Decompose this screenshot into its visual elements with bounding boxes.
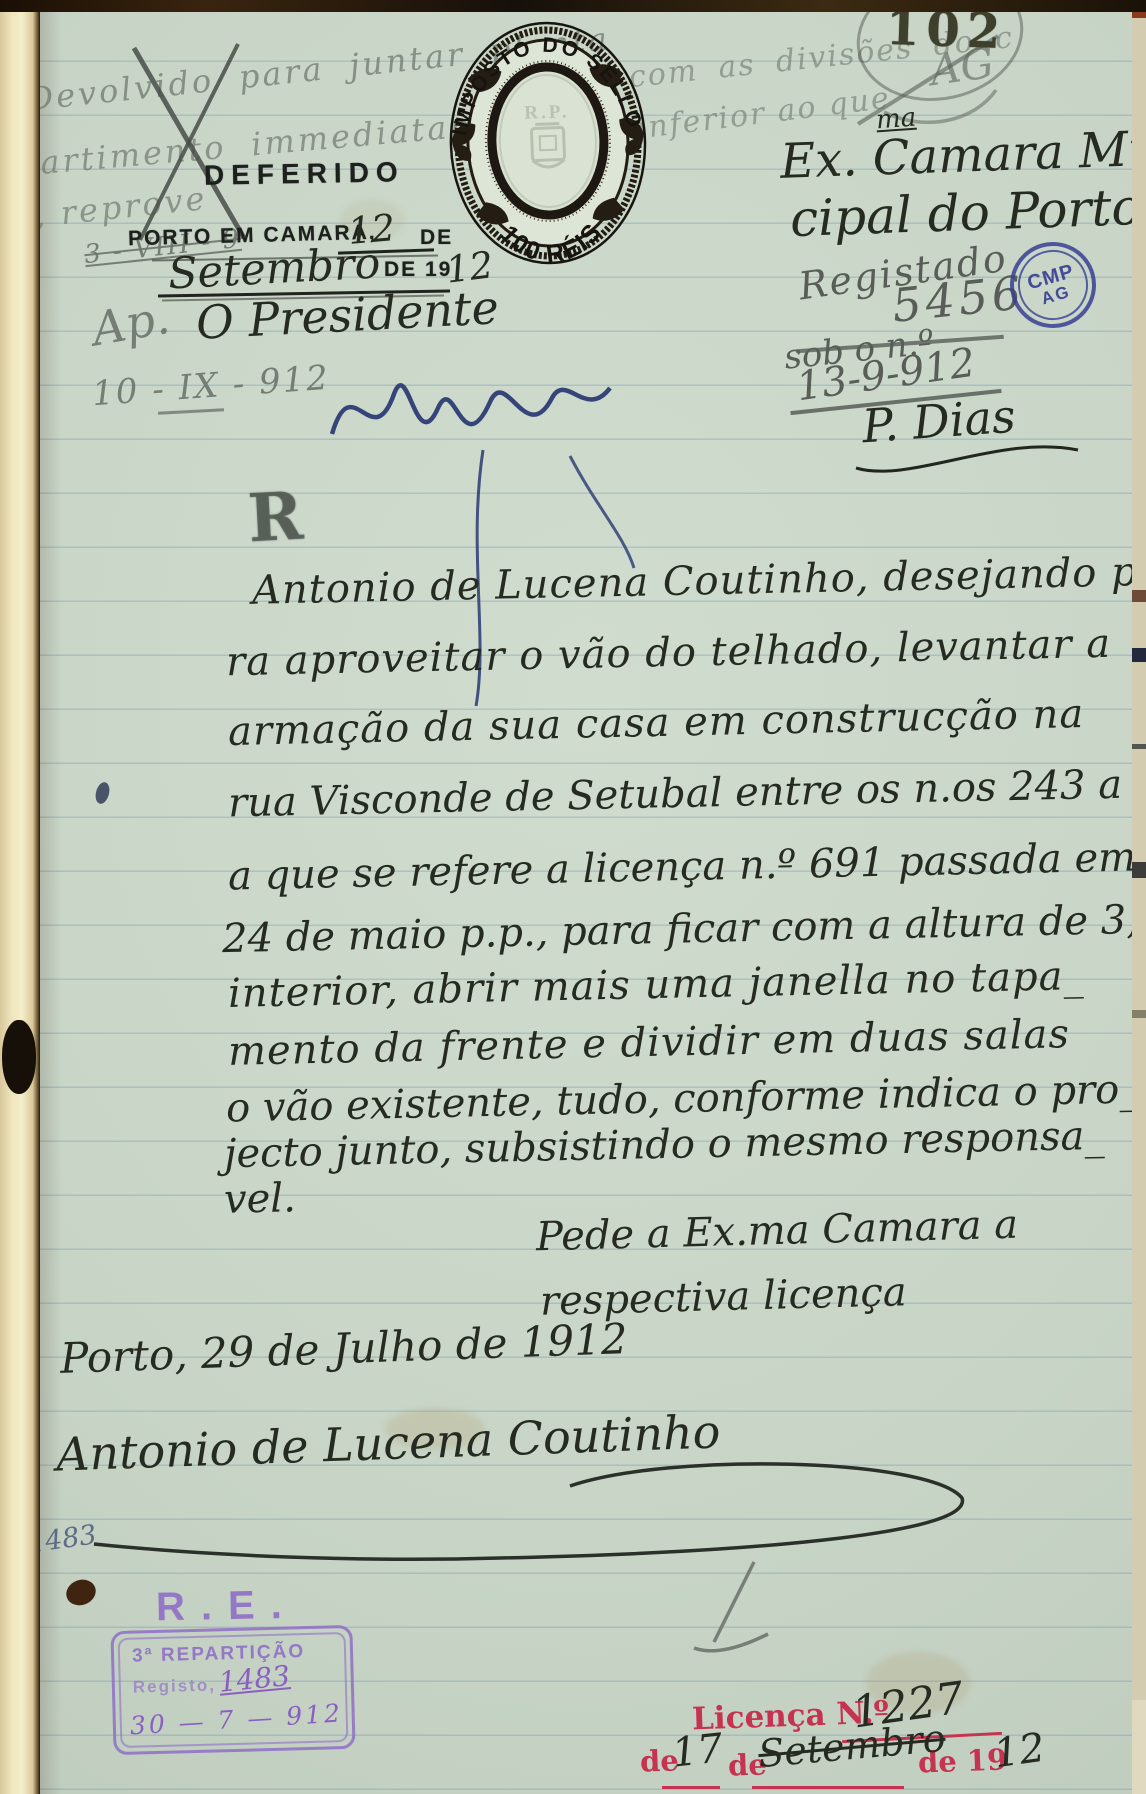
x-cross-mark bbox=[126, 38, 256, 250]
cmp-ag-stamp-inner: CMP AG bbox=[1010, 242, 1097, 329]
deferido-stamp-title: DEFERIDO bbox=[204, 156, 405, 191]
petition-line: vel. bbox=[224, 1175, 297, 1222]
clerk-signature-flourish bbox=[850, 428, 1090, 488]
registo-label: Registo, bbox=[133, 1675, 217, 1697]
addressee-line: cipal do Porto bbox=[789, 178, 1142, 248]
edge-mark bbox=[1132, 648, 1146, 662]
document-scan: Devolvido para juntar planta partimento … bbox=[0, 0, 1146, 1794]
registo-number: 1483 bbox=[217, 1659, 291, 1699]
licenca-day: 17 bbox=[670, 1725, 725, 1776]
top-binding-edge bbox=[0, 0, 1146, 12]
edge-mark bbox=[1132, 1700, 1146, 1794]
edge-mark bbox=[1132, 862, 1146, 878]
tax-stamp: IMPOSTO DO SELLO 100 RÉIS R.P. bbox=[432, 10, 665, 278]
edge-mark bbox=[1132, 1010, 1146, 1018]
signature-flourish bbox=[70, 1452, 990, 1582]
left-page-edge bbox=[0, 6, 40, 1794]
repartition-stamp-box: 3ª REPARTIÇÃO Registo, 1483 30 — 7 — 912 bbox=[110, 1625, 355, 1755]
right-edge-strip bbox=[1132, 0, 1146, 1794]
edge-mark bbox=[1132, 744, 1146, 749]
tax-stamp-initials: R.P. bbox=[524, 101, 570, 124]
edge-mark bbox=[1132, 590, 1146, 602]
licenca-blank-underline bbox=[752, 1786, 904, 1789]
re-stamp-label: R.E. bbox=[156, 1583, 299, 1630]
page-tear-hole bbox=[2, 1020, 36, 1094]
r-stamp: R bbox=[246, 477, 305, 558]
licenca-year: 12 bbox=[991, 1725, 1048, 1778]
licenca-blank-underline bbox=[662, 1786, 720, 1789]
